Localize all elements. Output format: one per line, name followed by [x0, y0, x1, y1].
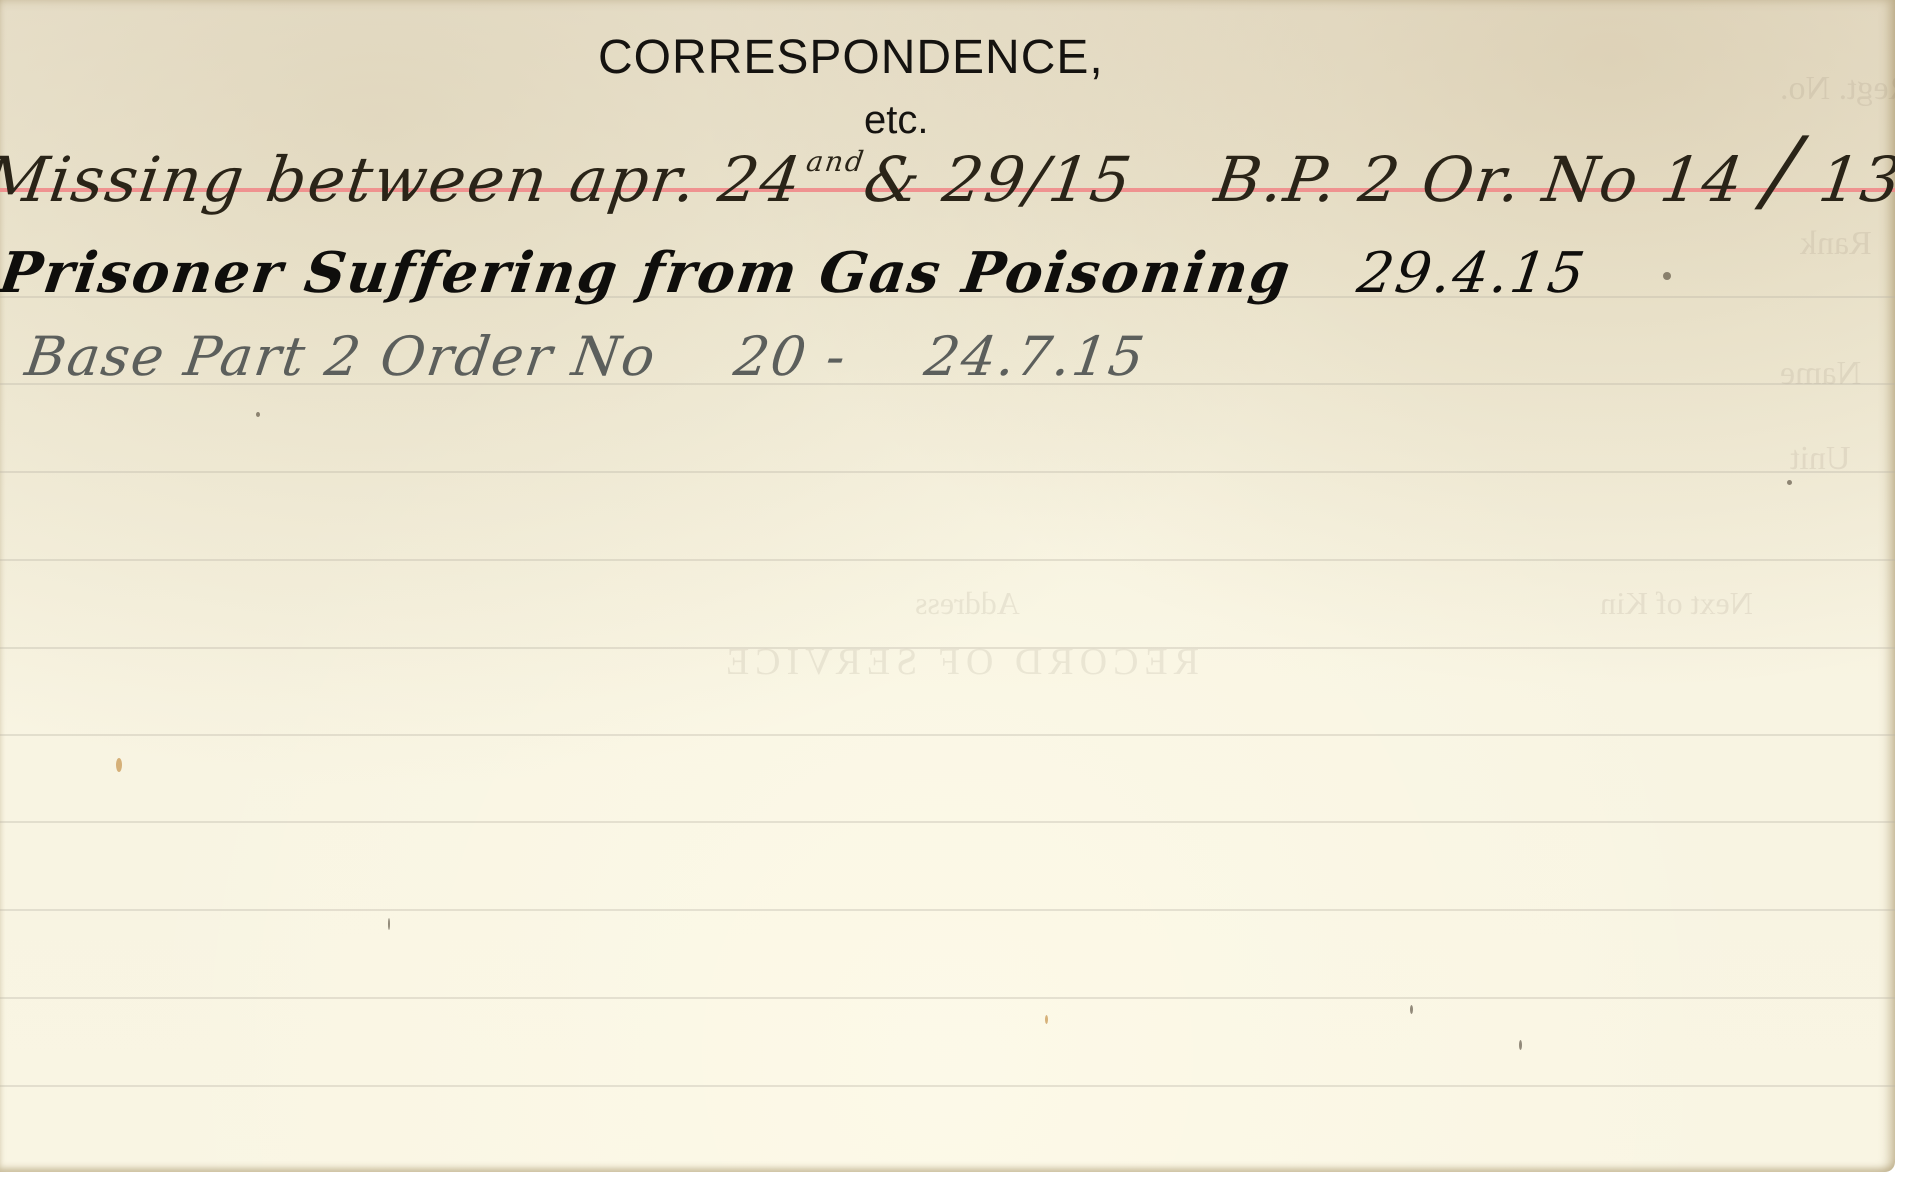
handwritten-entry-3: Base Part 2 Order No 20 - 24.7.15 [22, 325, 1150, 388]
entry-3-text: Base Part 2 Order No [22, 325, 661, 388]
paper-speck [1663, 272, 1671, 280]
ruled-line [0, 734, 1895, 736]
card-heading: CORRESPONDENCE, [598, 30, 1258, 85]
ruled-line [0, 559, 1895, 561]
ruled-line [0, 1085, 1895, 1087]
entry-2-text: Prisoner Suffering from Gas Poisoning [0, 240, 1296, 306]
handwritten-entry-2: Prisoner Suffering from Gas Poisoning 29… [0, 240, 1590, 306]
ghost-text-regt-no: Regt. No. [1780, 70, 1895, 108]
ruled-line [0, 821, 1895, 823]
entry-3-order-number: 20 - [730, 325, 851, 388]
paper-speck [256, 412, 260, 417]
paper-speck [1045, 1015, 1048, 1024]
ruled-line [0, 471, 1895, 473]
entry-1-slash: / [1760, 118, 1807, 223]
entry-1-text: Missing between apr. 24 [0, 143, 807, 216]
paper-speck [1787, 480, 1792, 485]
entry-3-date: 24.7.15 [921, 325, 1150, 388]
entry-1-superscript: and [804, 145, 867, 178]
ruled-line [0, 909, 1895, 911]
ruled-line [0, 997, 1895, 999]
paper-speck [1410, 1005, 1413, 1014]
paper-speck [116, 758, 122, 772]
entry-2-date: 29.4.15 [1353, 241, 1590, 306]
entry-1-date: & 29/15 [860, 143, 1138, 216]
ghost-text-name: Name [1780, 355, 1861, 393]
ghost-text-next-of-kin: Next of Kin [1600, 585, 1753, 622]
entry-1-order-ref: B.P. 2 Or. No 14 [1211, 143, 1750, 216]
ghost-text-address: Address [915, 585, 1020, 622]
paper-speck [388, 918, 390, 930]
ghost-text-rank: Rank [1800, 225, 1872, 263]
handwritten-entry-1: Missing between apr. 24and& 29/15 B.P. 2… [0, 118, 1895, 223]
paper-speck [1519, 1040, 1522, 1050]
record-card: Regt. No. Rank Name Unit Address Next of… [0, 0, 1895, 1172]
ruled-line [0, 647, 1895, 649]
entry-1-order-date: 13.6.15 [1815, 143, 1895, 216]
